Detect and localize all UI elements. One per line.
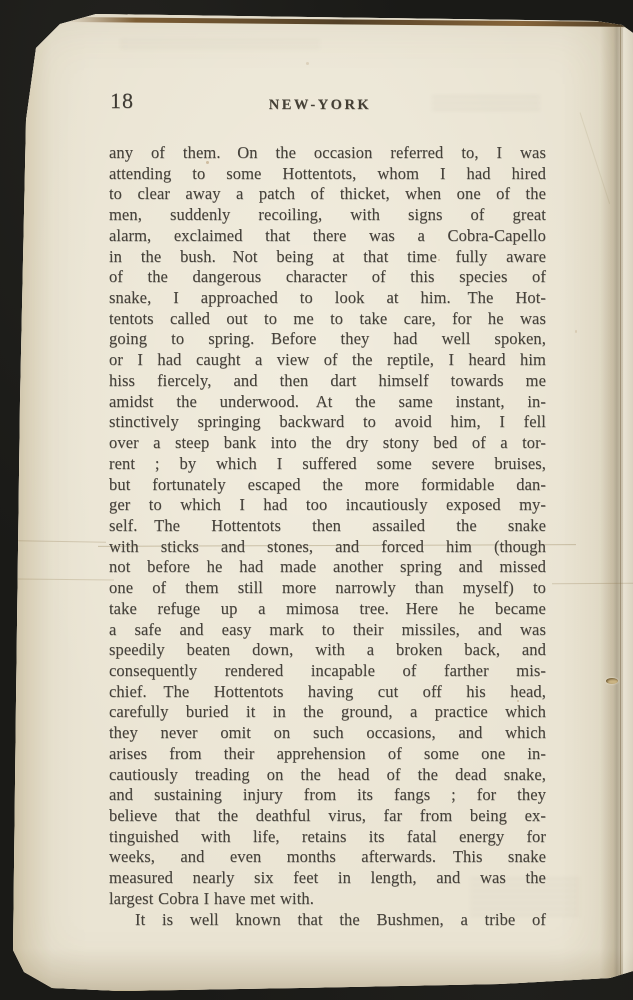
text-line: rent ; by which I suffered some severe b…	[109, 454, 546, 475]
text-line: weeks, and even months afterwards. This …	[109, 847, 546, 868]
text-line: arises from their apprehension of some o…	[109, 744, 546, 765]
body-text: any of them. On the occasion referred to…	[109, 143, 546, 930]
text-line: over a steep bank into the dry stony bed…	[109, 433, 546, 454]
text-line: tinguished with life, retains its fatal …	[109, 827, 546, 848]
text-line: they never omit on such occasions, and w…	[109, 723, 546, 744]
text-line: men, suddenly recoiling, with signs of g…	[109, 205, 546, 226]
text-line: but fortunately escaped the more formida…	[109, 475, 546, 496]
book-page: 18 NEW-YORK any of them. On the occasion…	[0, 0, 633, 1000]
text-line: in the bush. Not being at that time full…	[109, 247, 546, 268]
text-line: ger to which I had too incautiously expo…	[109, 495, 546, 516]
text-line: It is well known that the Bushmen, a tri…	[109, 910, 546, 931]
text-line: chief. The Hottentots having cut off his…	[109, 682, 546, 703]
text-line: largest Cobra I have met with.	[109, 889, 546, 910]
running-header: NEW-YORK	[95, 97, 545, 114]
text-line: with sticks and stones, and forced him (…	[109, 537, 546, 558]
text-line: self. The Hottentots then assailed the s…	[109, 516, 546, 537]
text-line: not before he had made another spring an…	[109, 557, 546, 578]
text-line: attending to some Hottentots, whom I had…	[109, 164, 546, 185]
book-scan-photo: 18 NEW-YORK any of them. On the occasion…	[0, 0, 633, 1000]
text-line: carefully buried it in the ground, a pra…	[109, 702, 546, 723]
text-line: of the dangerous character of this speci…	[109, 267, 546, 288]
text-line: amidst the underwood. At the same instan…	[109, 392, 546, 413]
text-line: snake, I approached to look at him. The …	[109, 288, 546, 309]
text-line: believe that the deathful virus, far fro…	[109, 806, 546, 827]
text-line: a safe and easy mark to their missiles, …	[109, 620, 546, 641]
text-line: measured nearly six feet in length, and …	[109, 868, 546, 889]
text-line: take refuge up a mimosa tree. Here he be…	[109, 599, 546, 620]
text-line: cautiously treading on the head of the d…	[109, 765, 546, 786]
text-line: any of them. On the occasion referred to…	[109, 143, 546, 164]
text-line: speedily beaten down, with a broken back…	[109, 640, 546, 661]
text-line: tentots called out to me to take care, f…	[109, 309, 546, 330]
text-line: and sustaining injury from its fangs ; f…	[109, 785, 546, 806]
text-line: or I had caught a view of the reptile, I…	[109, 350, 546, 371]
text-line: hiss fiercely, and then dart himself tow…	[109, 371, 546, 392]
text-line: one of them still more narrowly than mys…	[109, 578, 546, 599]
printed-content: 18 NEW-YORK any of them. On the occasion…	[0, 0, 633, 1000]
text-line: consequently rendered incapable of farth…	[109, 661, 546, 682]
text-line: stinctively springing backward to avoid …	[109, 412, 546, 433]
text-line: to clear away a patch of thicket, when o…	[109, 184, 546, 205]
text-line: alarm, exclaimed that there was a Cobra-…	[109, 226, 546, 247]
text-line: going to spring. Before they had well sp…	[109, 329, 546, 350]
